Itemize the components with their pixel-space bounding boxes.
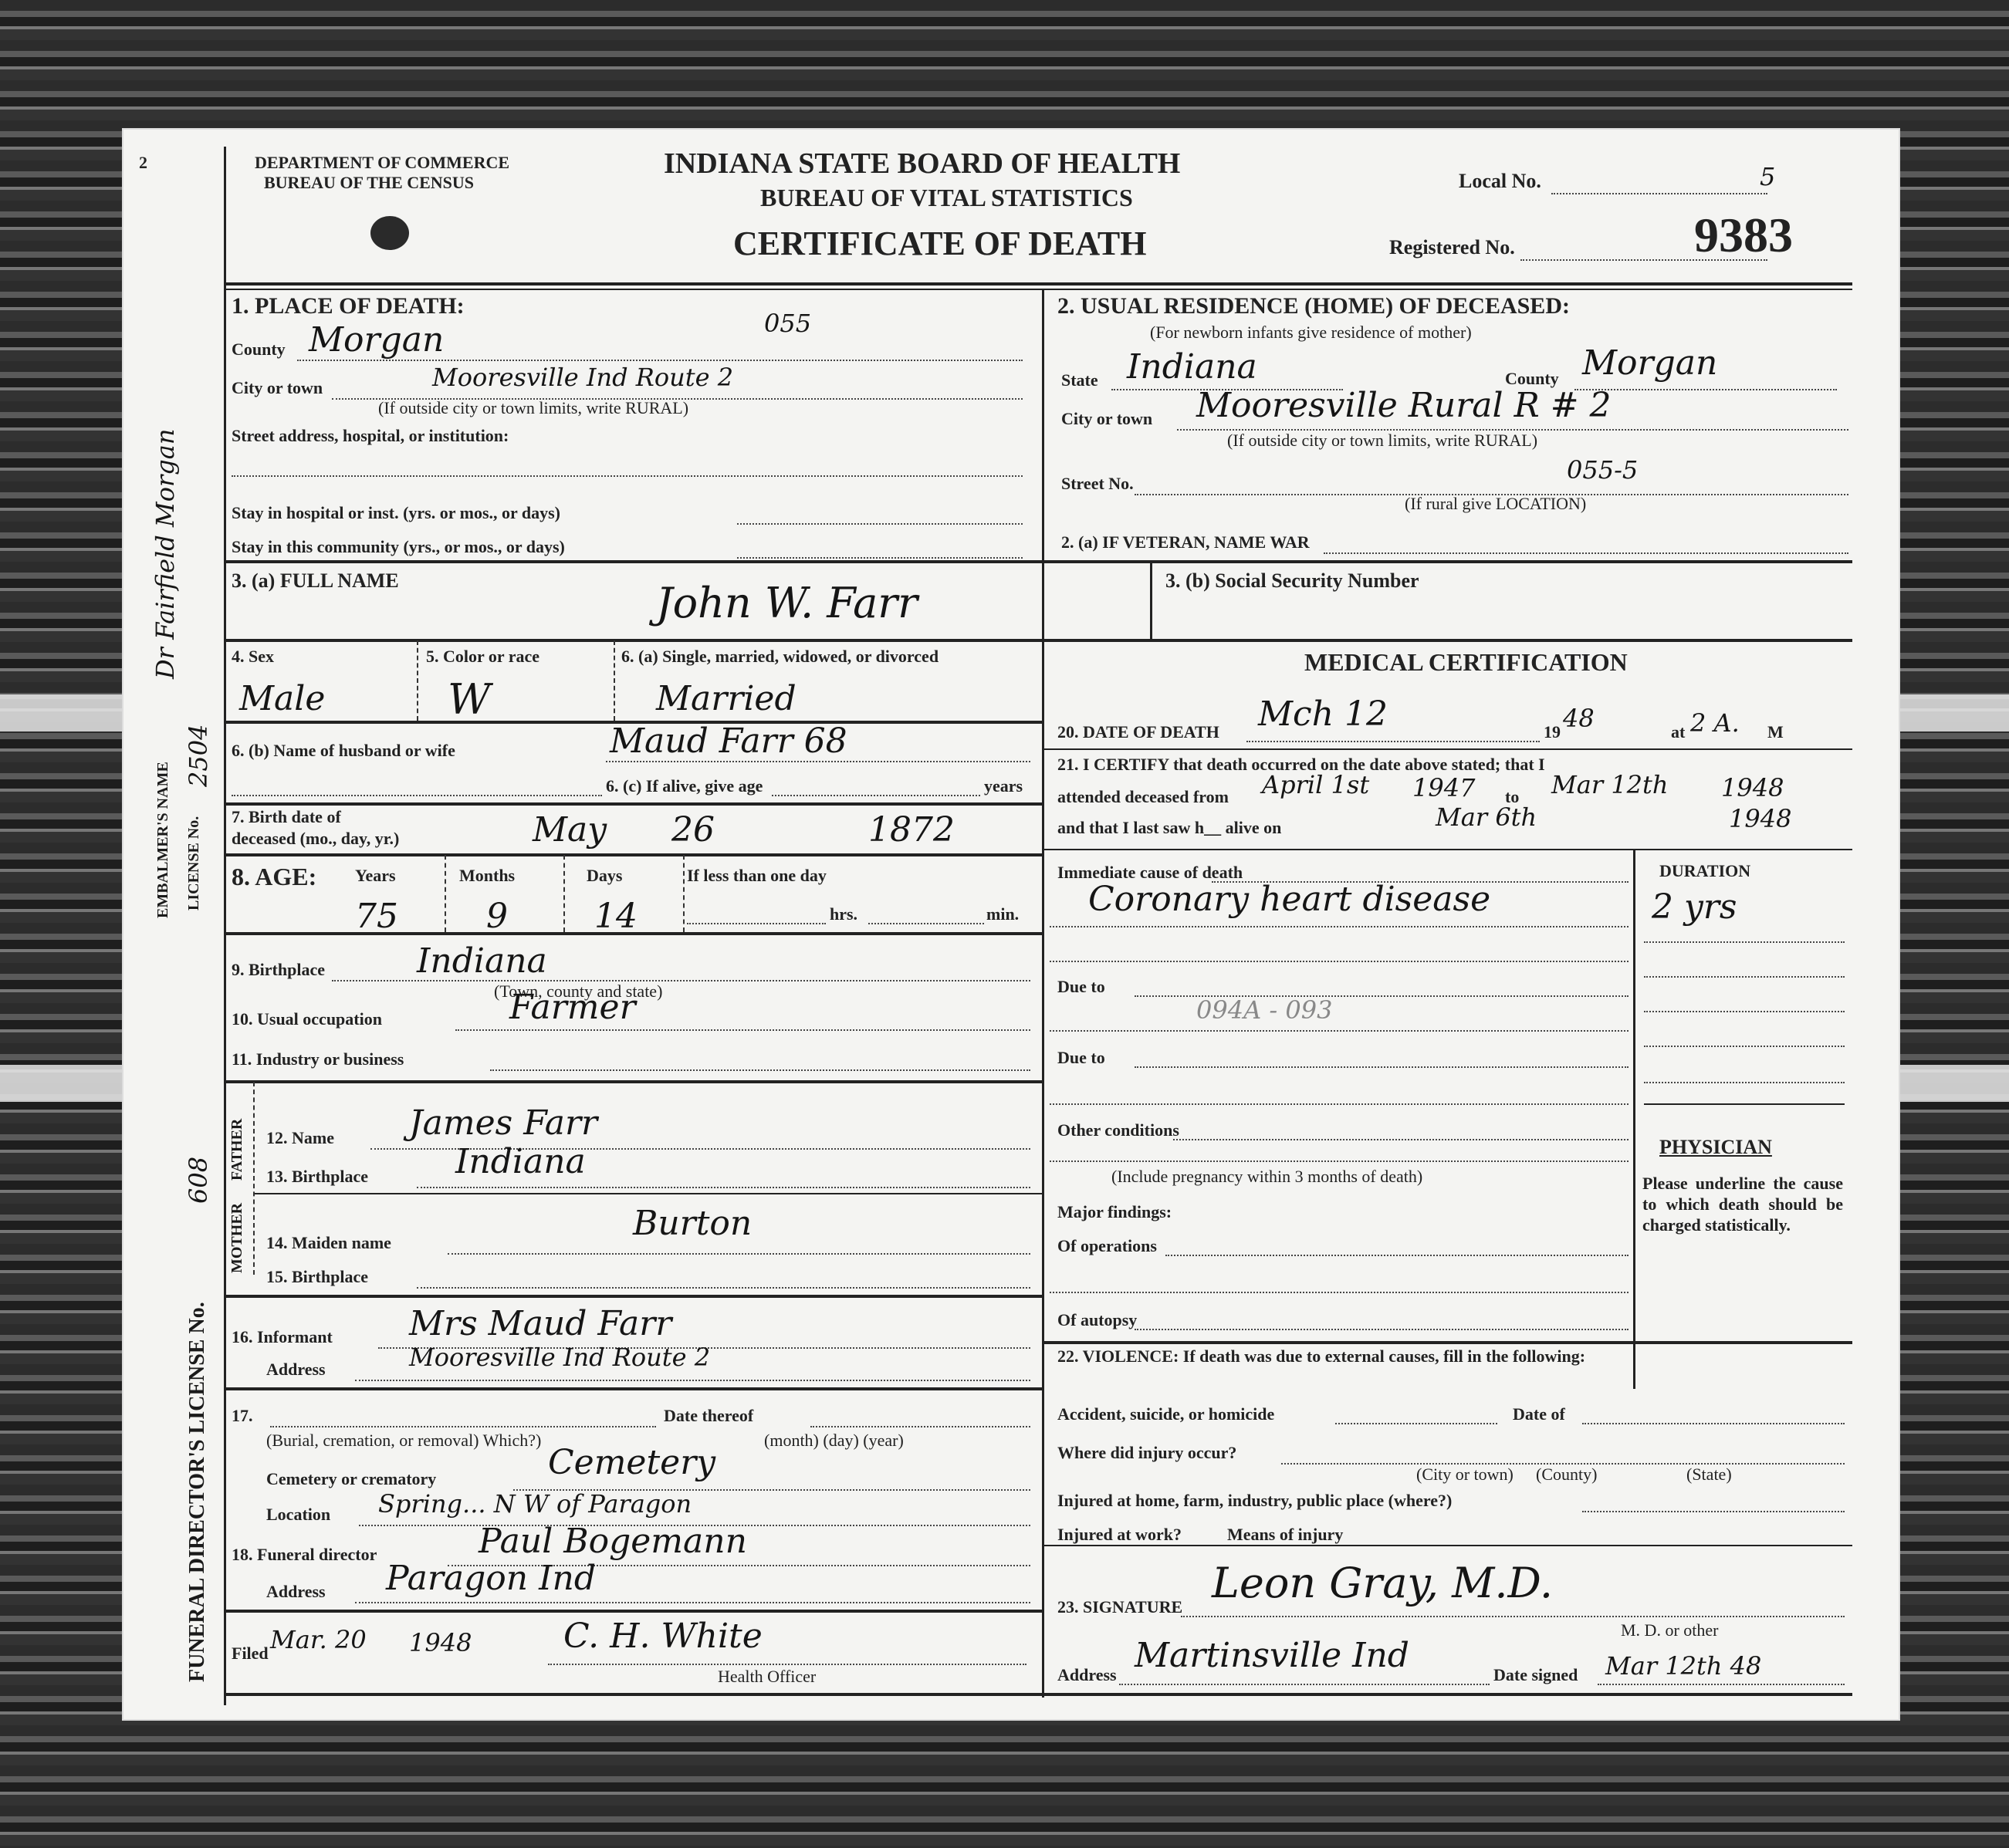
- industry-line: [490, 1069, 1030, 1071]
- father-name-label: 12. Name: [266, 1128, 334, 1148]
- mother-maiden-line: [448, 1253, 1030, 1255]
- duration-line: [1644, 976, 1845, 978]
- informant-value: Mrs Maud Farr: [409, 1304, 671, 1343]
- date-of-label: Date of: [1513, 1404, 1565, 1424]
- place-of-death-heading: 1. PLACE OF DEATH:: [232, 293, 465, 319]
- burial-date-line: [810, 1426, 1030, 1427]
- father-birthplace-value: Indiana: [455, 1142, 586, 1181]
- duration-line: [1644, 1011, 1845, 1012]
- informant-address-label: Address: [266, 1360, 326, 1380]
- director-value: Paul Bogemann: [479, 1522, 747, 1561]
- attended-label: attended deceased from: [1057, 787, 1229, 807]
- death-time-suffix: M: [1767, 722, 1784, 742]
- res-street-value: 055-5: [1567, 455, 1638, 485]
- informant-address-value: Mooresville Ind Route 2: [409, 1343, 710, 1372]
- director-label: 18. Funeral director: [232, 1545, 377, 1565]
- race-value: W: [448, 675, 491, 724]
- death-time-label: at: [1671, 722, 1685, 742]
- signature-value: Leon Gray, M.D.: [1212, 1559, 1553, 1607]
- age-rule: [224, 932, 1042, 935]
- full-name-label: 3. (a) FULL NAME: [232, 569, 399, 593]
- res-city-label: City or town: [1061, 409, 1152, 429]
- cemetery-value: Cemetery: [548, 1443, 715, 1482]
- age-months: 9: [486, 897, 508, 936]
- spouse-rule: [224, 802, 1042, 806]
- registered-no-label: Registered No.: [1389, 236, 1515, 259]
- age-months-label: Months: [459, 866, 515, 886]
- county-hint: (County): [1536, 1465, 1597, 1485]
- duration-divider: [1633, 849, 1635, 1389]
- physician-note: Please underline the cause to which deat…: [1642, 1173, 1843, 1235]
- street-label: Street address, hospital, or institution…: [232, 426, 509, 446]
- sig-address-value: Martinsville Ind: [1135, 1636, 1409, 1675]
- veteran-label: 2. (a) IF VETERAN, NAME WAR: [1061, 532, 1310, 552]
- last-saw-label: and that I last saw h__ alive on: [1057, 818, 1281, 838]
- local-no-value: 5: [1760, 162, 1775, 191]
- sig-address-line: [1119, 1684, 1490, 1685]
- filed-year: 1948: [409, 1628, 472, 1657]
- embalmer-label: EMBALMER'S NAME: [154, 762, 172, 918]
- age-label: 8. AGE:: [232, 863, 316, 891]
- birth-month: May: [533, 810, 607, 850]
- stay-hospital-line: [737, 523, 1023, 525]
- death-date-rule: [1042, 748, 1852, 750]
- county-value: Morgan: [309, 320, 444, 360]
- date-signed-value: Mar 12th 48: [1605, 1651, 1761, 1681]
- attended-from-year: 1947: [1412, 773, 1475, 802]
- birth-day: 26: [671, 810, 715, 850]
- due-to-line-2: [1135, 1066, 1629, 1068]
- city-hint: (If outside city or town limits, write R…: [378, 398, 688, 418]
- ssn-divider: [1150, 563, 1152, 640]
- death-year-value: 48: [1563, 704, 1595, 733]
- embalmer-value: Dr Fairfield Morgan: [151, 429, 180, 679]
- birth-year: 1872: [868, 810, 955, 850]
- mother-birthplace-line: [417, 1287, 1030, 1289]
- sig-address-label: Address: [1057, 1665, 1117, 1685]
- sex-label: 4. Sex: [232, 647, 274, 667]
- local-no-label: Local No.: [1459, 170, 1541, 193]
- burial-line: [270, 1426, 656, 1427]
- race-divider: [614, 640, 615, 721]
- violence-heading: 22. VIOLENCE: If death was due to extern…: [1057, 1346, 1737, 1367]
- last-saw-year: 1948: [1729, 804, 1791, 833]
- death-certificate-form: 2 DEPARTMENT OF COMMERCE BUREAU OF THE C…: [224, 147, 1868, 1713]
- birthplace-label: 9. Birthplace: [232, 960, 325, 980]
- residence-heading: 2. USUAL RESIDENCE (HOME) OF DECEASED:: [1057, 293, 1570, 319]
- attended-from-value: April 1st: [1262, 770, 1369, 799]
- res-city-value: Mooresville Rural R # 2: [1196, 386, 1612, 425]
- age-days-label: Days: [587, 866, 622, 886]
- injured-at-label: Injured at home, farm, industry, public …: [1057, 1491, 1452, 1511]
- operations-line: [1165, 1255, 1629, 1256]
- cause-value: Coronary heart disease: [1088, 880, 1490, 919]
- signature-label: 23. SIGNATURE: [1057, 1597, 1182, 1617]
- birthplace-value: Indiana: [417, 941, 547, 981]
- birth-label-1: 7. Birth date of: [232, 807, 341, 827]
- certificate-title: CERTIFICATE OF DEATH: [733, 224, 1146, 263]
- death-date-value: Mch 12: [1258, 694, 1388, 734]
- res-county-value: Morgan: [1582, 343, 1717, 383]
- state-hint: (State): [1686, 1465, 1732, 1485]
- marital-label: 6. (a) Single, married, widowed, or divo…: [621, 647, 1023, 667]
- mother-maiden-label: 14. Maiden name: [266, 1233, 391, 1253]
- signature-line: [1181, 1616, 1845, 1617]
- corner-mark: 2: [139, 153, 147, 173]
- age-min-line: [868, 923, 984, 924]
- informant-label: 16. Informant: [232, 1327, 333, 1347]
- where-label: Where did injury occur?: [1057, 1443, 1236, 1463]
- other-line-2: [1050, 1160, 1629, 1162]
- spouse-value: Maud Farr 68: [610, 721, 847, 761]
- ssn-label: 3. (b) Social Security Number: [1165, 569, 1419, 593]
- form-left-border: [224, 147, 226, 1705]
- city-value: Mooresville Ind Route 2: [432, 363, 733, 392]
- res-state-value: Indiana: [1127, 347, 1257, 387]
- due-to-label-1: Due to: [1057, 977, 1105, 997]
- county-label: County: [232, 340, 286, 360]
- pregnancy-hint: (Include pregnancy within 3 months of de…: [1111, 1167, 1422, 1187]
- funeral-license-label: FUNERAL DIRECTOR'S LICENSE No.: [185, 1302, 210, 1682]
- operations-line-2: [1050, 1292, 1629, 1293]
- means-label: Means of injury: [1227, 1525, 1343, 1545]
- duration-line: [1644, 1082, 1845, 1083]
- death-date-label: 20. DATE OF DEATH: [1057, 722, 1219, 742]
- section-rule: [224, 560, 1852, 563]
- birth-rule: [224, 853, 1042, 856]
- md-label: M. D. or other: [1621, 1620, 1718, 1640]
- due-to-code: 094A - 093: [1196, 995, 1332, 1025]
- bureau-vital-title: BUREAU OF VITAL STATISTICS: [760, 184, 1133, 212]
- father-birthplace-line: [417, 1187, 1030, 1188]
- parents-rule: [224, 1295, 1042, 1298]
- father-name-value: James Farr: [409, 1103, 597, 1143]
- bureau-census-line: BUREAU OF THE CENSUS: [264, 173, 474, 193]
- mother-tag: MOTHER: [228, 1203, 246, 1273]
- place-code: 055: [764, 309, 811, 338]
- header-rule-2: [224, 289, 1852, 290]
- accident-label: Accident, suicide, or homicide: [1057, 1404, 1274, 1424]
- attended-to-value: Mar 12th: [1551, 770, 1669, 799]
- age-less-label: If less than one day: [687, 866, 827, 886]
- occupation-label: 10. Usual occupation: [232, 1009, 382, 1029]
- filed-label: Filed: [232, 1644, 269, 1664]
- full-name-value: John W. Farr: [656, 579, 918, 627]
- res-city-hint: (If outside city or town limits, write R…: [1227, 431, 1537, 451]
- accident-line: [1335, 1423, 1497, 1424]
- due-to-label-2: Due to: [1057, 1048, 1105, 1068]
- street-line: [232, 475, 1023, 477]
- duration-line: [1644, 1046, 1845, 1047]
- due-to-line-1b: [1050, 1030, 1629, 1032]
- autopsy-label: Of autopsy: [1057, 1310, 1137, 1330]
- city-hint: (City or town): [1416, 1465, 1514, 1485]
- cemetery-label: Cemetery or crematory: [266, 1469, 436, 1489]
- director-address-label: Address: [266, 1582, 326, 1602]
- health-officer-label: Health Officer: [718, 1667, 816, 1687]
- cause-line-2: [1050, 926, 1629, 927]
- name-rule: [224, 639, 1852, 642]
- due-to-line-2b: [1050, 1103, 1629, 1105]
- alive-age-unit: years: [984, 776, 1023, 796]
- death-year-prefix: 19: [1544, 722, 1561, 742]
- birth-label-2: deceased (mo., day, yr.): [232, 829, 399, 849]
- race-label: 5. Color or race: [426, 647, 539, 667]
- last-saw-value: Mar 6th: [1436, 802, 1537, 832]
- violence-rule: [1042, 1545, 1852, 1546]
- date-signed-label: Date signed: [1493, 1665, 1578, 1685]
- occupation-value: Farmer: [509, 988, 636, 1027]
- burial-date-hint: (month) (day) (year): [764, 1431, 904, 1451]
- burial-rule: [224, 1610, 1042, 1613]
- res-street-label: Street No.: [1061, 474, 1134, 494]
- spouse-line: [606, 761, 1030, 762]
- board-title: INDIANA STATE BOARD OF HEALTH: [664, 147, 1180, 181]
- father-birthplace-label: 13. Birthplace: [266, 1167, 368, 1187]
- sex-divider: [417, 640, 418, 721]
- filed-date: Mar. 20: [270, 1625, 367, 1654]
- embalmer-license-label: LICENSE No.: [185, 816, 203, 910]
- age-days: 14: [594, 897, 638, 936]
- spouse-label: 6. (b) Name of husband or wife: [232, 741, 455, 761]
- res-state-label: State: [1061, 370, 1098, 390]
- father-rule: [255, 1193, 1042, 1194]
- city-label: City or town: [232, 378, 323, 398]
- header-rule: [224, 282, 1852, 285]
- burial-date-label: Date thereof: [664, 1406, 753, 1426]
- form-bottom-rule: [224, 1693, 1852, 1696]
- duration-value: 2 yrs: [1652, 887, 1737, 927]
- stay-community-label: Stay in this community (yrs., or mos., o…: [232, 537, 565, 557]
- location-label: Location: [266, 1505, 330, 1525]
- informant-rule: [224, 1387, 1042, 1390]
- alive-age-label: 6. (c) If alive, give age: [606, 776, 763, 796]
- autopsy-line: [1135, 1329, 1629, 1330]
- other-conditions-label: Other conditions: [1057, 1120, 1179, 1140]
- medical-heading: MEDICAL CERTIFICATION: [1304, 648, 1628, 677]
- cause-line-3: [1050, 961, 1629, 962]
- industry-label: 11. Industry or business: [232, 1049, 404, 1069]
- duration-line: [1644, 941, 1845, 943]
- stay-community-line: [737, 557, 1023, 559]
- health-officer-value: C. H. White: [563, 1617, 763, 1656]
- sex-value: Male: [239, 679, 325, 718]
- seal-icon: [370, 216, 409, 250]
- industry-rule: [224, 1080, 1042, 1083]
- certify-rule: [1042, 849, 1852, 850]
- county-line: [297, 360, 1023, 361]
- alive-age-line: [772, 795, 980, 796]
- age-years-label: Years: [355, 866, 396, 886]
- age-years: 75: [355, 897, 398, 936]
- local-no-line: [1551, 193, 1767, 194]
- injured-at-line: [1582, 1511, 1845, 1512]
- department-line: DEPARTMENT OF COMMERCE: [255, 153, 509, 173]
- registered-no-value: 9383: [1694, 207, 1793, 264]
- attended-to-year: 1948: [1721, 773, 1784, 802]
- at-work-label: Injured at work?: [1057, 1525, 1182, 1545]
- res-county-line: [1574, 389, 1837, 390]
- parents-divider: [253, 1082, 255, 1275]
- date-of-line: [1582, 1423, 1845, 1424]
- duration-label: DURATION: [1659, 861, 1750, 881]
- mother-birthplace-label: 15. Birthplace: [266, 1267, 368, 1287]
- age-divider: [445, 855, 446, 932]
- death-time-value: 2 A.: [1690, 708, 1740, 738]
- mother-maiden-value: Burton: [633, 1204, 752, 1243]
- medical-divider: [1042, 640, 1044, 1698]
- marital-value: Married: [656, 679, 796, 718]
- embalmer-license-value: 2504: [184, 725, 213, 787]
- father-tag: FATHER: [228, 1119, 246, 1181]
- spouse-line-2: [232, 795, 602, 796]
- medical-bottom-rule: [1042, 1341, 1852, 1344]
- funeral-license-value: 608: [184, 1157, 213, 1204]
- age-min-label: min.: [986, 904, 1019, 924]
- age-hrs-label: hrs.: [830, 904, 857, 924]
- age-divider: [683, 855, 685, 932]
- burial-number: 17.: [232, 1406, 253, 1426]
- health-officer-line: [548, 1664, 1026, 1665]
- informant-address-line: [355, 1380, 1030, 1381]
- director-address-value: Paragon Ind: [386, 1559, 596, 1598]
- other-line-1: [1173, 1139, 1629, 1140]
- physician-title: PHYSICIAN: [1659, 1136, 1772, 1159]
- age-hrs-line: [687, 923, 826, 924]
- occupation-line: [455, 1029, 1030, 1031]
- director-address-line: [355, 1602, 1030, 1603]
- date-signed-line: [1598, 1684, 1845, 1685]
- birthplace-line: [332, 980, 1030, 981]
- stay-hospital-label: Stay in hospital or inst. (yrs. or mos.,…: [232, 503, 560, 523]
- death-date-line: [1246, 741, 1540, 742]
- burial-hint: (Burial, cremation, or removal) Which?): [266, 1431, 541, 1451]
- age-divider: [563, 855, 565, 932]
- operations-label: Of operations: [1057, 1236, 1157, 1256]
- res-street-hint: (If rural give LOCATION): [1405, 494, 1586, 514]
- duration-rule: [1644, 1103, 1845, 1105]
- location-value: Spring... N W of Paragon: [378, 1489, 692, 1519]
- residence-hint: (For newborn infants give residence of m…: [1150, 323, 1472, 343]
- major-findings-label: Major findings:: [1057, 1202, 1172, 1222]
- veteran-line: [1324, 552, 1848, 554]
